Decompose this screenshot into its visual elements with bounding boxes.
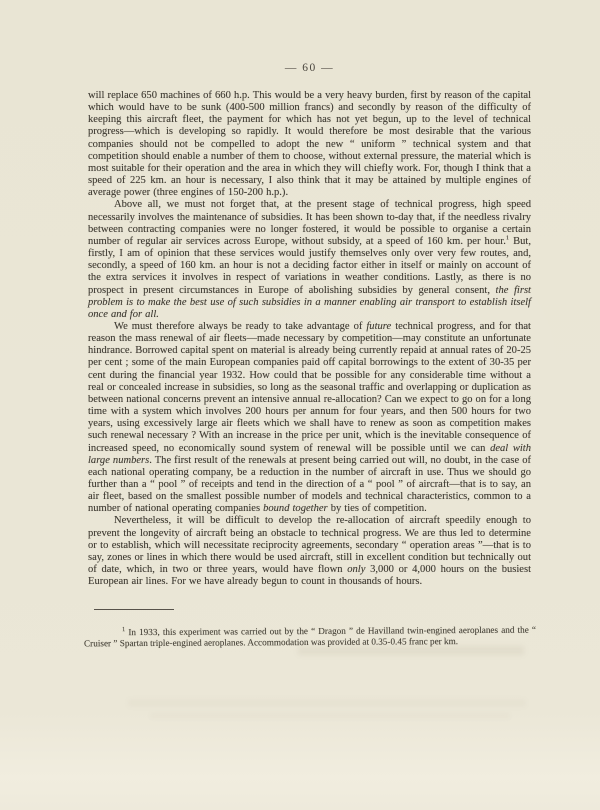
show-through-artifact bbox=[150, 712, 510, 719]
text-run: technical progress, and for that reason … bbox=[88, 321, 531, 454]
text-run: will replace 650 machines of 660 h.p. Th… bbox=[88, 90, 531, 198]
paragraph-3: We must therefore always be ready to tak… bbox=[88, 321, 531, 516]
show-through-artifact bbox=[128, 699, 526, 707]
text-run: Above all, we must not forget that, at t… bbox=[88, 199, 531, 246]
paragraph-4: Nevertheless, it will be difficult to de… bbox=[88, 515, 531, 588]
text-run: We must therefore always be ready to tak… bbox=[114, 321, 366, 332]
paragraph-2: Above all, we must not forget that, at t… bbox=[88, 199, 531, 321]
italic-text-run: only bbox=[347, 564, 365, 575]
footnote-rule bbox=[94, 609, 174, 610]
book-page: — 60 — will replace 650 machines of 660 … bbox=[0, 0, 600, 810]
text-run: In 1933, this experiment was carried out… bbox=[84, 625, 536, 649]
paragraph-1: will replace 650 machines of 660 h.p. Th… bbox=[88, 90, 531, 199]
italic-text-run: bound together bbox=[263, 503, 328, 514]
footnote: 1 In 1933, this experiment was carried o… bbox=[84, 625, 536, 651]
text-run: by ties of competition. bbox=[328, 503, 427, 514]
page-number: — 60 — bbox=[88, 62, 531, 74]
italic-text-run: future bbox=[366, 321, 391, 332]
body-text: will replace 650 machines of 660 h.p. Th… bbox=[88, 90, 531, 588]
